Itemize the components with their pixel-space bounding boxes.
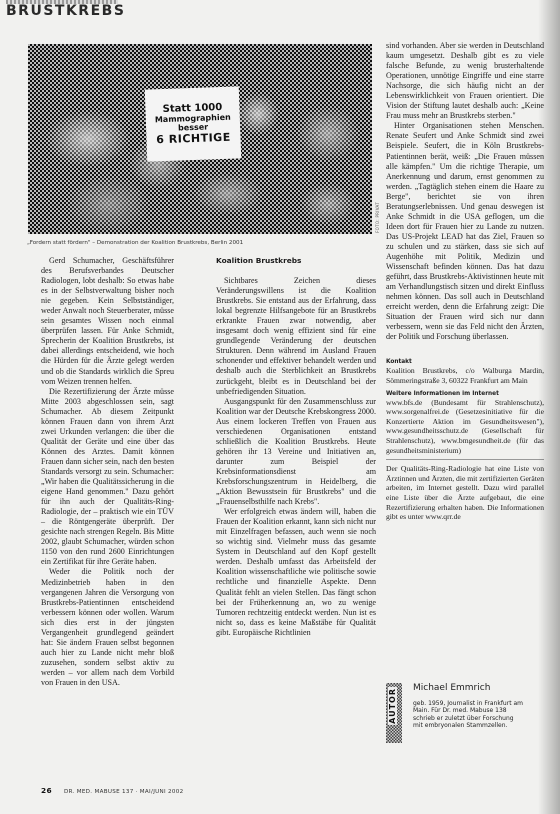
magazine-page: BRUSTKREBS Statt 1000 Mammographien bess… bbox=[0, 0, 560, 814]
photo-credit: FOTO: PRIVAT bbox=[375, 202, 380, 233]
author-name: Michael Emmrich bbox=[413, 683, 490, 693]
paragraph: Gerd Schumacher, Geschäftsführer des Ber… bbox=[41, 256, 174, 387]
section-header: BRUSTKREBS bbox=[6, 3, 125, 19]
subheading: Koalition Brustkrebs bbox=[216, 256, 376, 266]
paragraph: Die Rezertifizierung der Ärzte müsse Mit… bbox=[41, 387, 174, 568]
page-number: 26 bbox=[41, 786, 52, 795]
column-2: Koalition Brustkrebs Sichtbares Zeichen … bbox=[216, 256, 376, 638]
contact-heading: Kontakt bbox=[386, 358, 544, 366]
web-info-heading: Weitere Informationen im Internet bbox=[386, 390, 544, 398]
sign-line: 6 RICHTIGE bbox=[156, 131, 231, 146]
page-footer: 26 DR. MED. MABUSE 137 · MAI/JUNI 2002 bbox=[41, 786, 183, 795]
divider bbox=[386, 459, 544, 460]
contact-box: Kontakt Koalition Brustkrebs, c/o Walbur… bbox=[386, 358, 544, 521]
column-3: sind vorhanden. Aber sie werden in Deuts… bbox=[386, 41, 544, 522]
web-links[interactable]: www.bfs.de (Bundesamt für Strahlenschutz… bbox=[386, 398, 544, 456]
paragraph: Hinter Organisationen stehen Menschen. R… bbox=[386, 121, 544, 342]
paragraph: sind vorhanden. Aber sie werden in Deuts… bbox=[386, 41, 544, 121]
author-bio: geb. 1959, Journalist in Frankfurt am Ma… bbox=[413, 700, 525, 730]
paragraph: Sichtbares Zeichen dieses Veränderungswi… bbox=[216, 276, 376, 397]
page-edge-shadow bbox=[538, 0, 560, 814]
publication-info: DR. MED. MABUSE 137 · MAI/JUNI 2002 bbox=[64, 789, 184, 795]
demonstration-photo: Statt 1000 Mammographien besser 6 RICHTI… bbox=[28, 44, 372, 234]
photo-caption: „Fordern statt fördern" – Demonstration … bbox=[27, 240, 243, 246]
paragraph: Ausgangspunkt für den Zusammenschluss zu… bbox=[216, 397, 376, 508]
column-1: Gerd Schumacher, Geschäftsführer des Ber… bbox=[41, 256, 174, 688]
header-bar bbox=[6, 0, 118, 4]
paragraph: Wer erfolgreich etwas ändern will, haben… bbox=[216, 507, 376, 638]
contact-address: Koalition Brustkrebs, c/o Walburga Mardi… bbox=[386, 366, 544, 385]
section-title: BRUSTKREBS bbox=[6, 3, 125, 19]
qrr-info: Der Qualitäts-Ring-Radiologie hat eine L… bbox=[386, 464, 544, 522]
author-tag: AUTOR bbox=[386, 683, 402, 743]
author-box: AUTOR Michael Emmrich geb. 1959, Journal… bbox=[386, 683, 526, 743]
protest-sign: Statt 1000 Mammographien besser 6 RICHTI… bbox=[145, 86, 241, 161]
author-label: AUTOR bbox=[388, 687, 397, 725]
paragraph: Weder die Politik noch der Medizinbetrie… bbox=[41, 567, 174, 688]
